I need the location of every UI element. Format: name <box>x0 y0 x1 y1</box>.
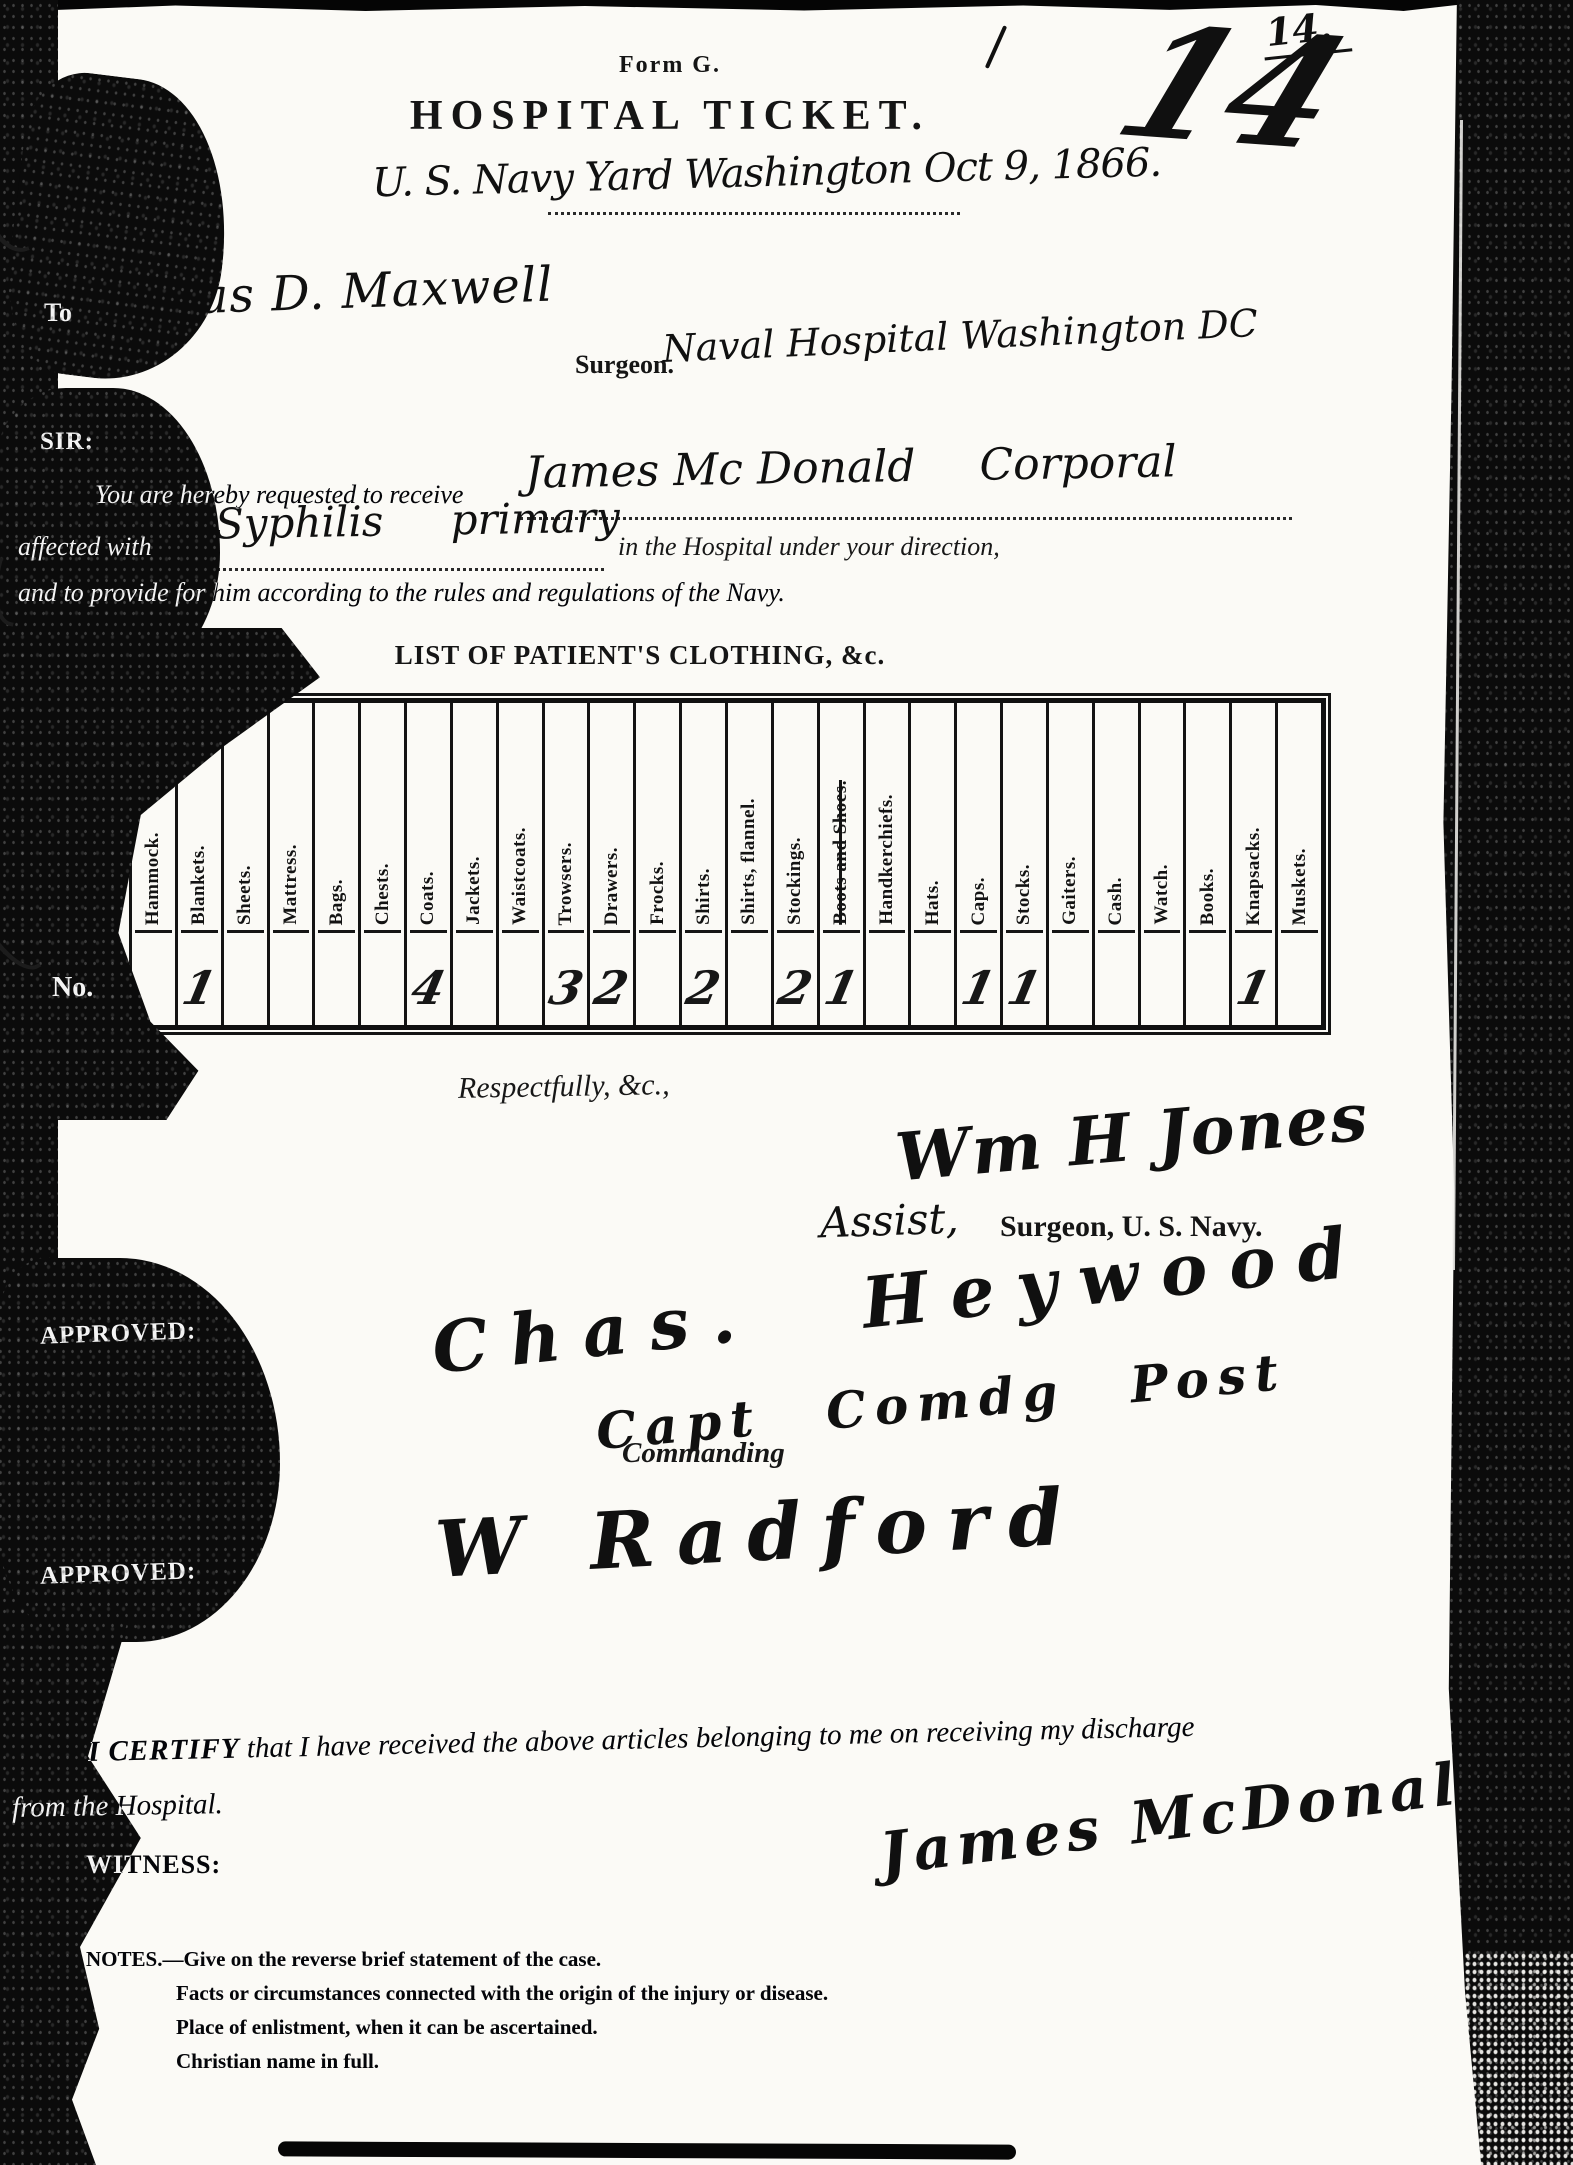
clothing-column-shirts: Shirts.2 <box>682 703 728 1025</box>
column-value-blankets: 1 <box>172 961 226 1015</box>
column-value-shirts: 2 <box>676 961 730 1015</box>
patient-signature: James McDonald <box>876 1744 1511 1888</box>
to-label: To <box>44 298 72 328</box>
notes-item-0: Give on the reverse brief statement of t… <box>183 1947 601 1971</box>
column-label-coats: Coats. <box>417 871 439 925</box>
request-line2-printed: in the Hospital under your direction, <box>618 532 1000 562</box>
clothing-column-waistcoats: Waistcoats. <box>499 703 545 1025</box>
affected-with-label: affected with <box>18 532 152 562</box>
certify-statement: I CERTIFY that I have received the above… <box>88 1711 1195 1769</box>
clothing-column-stocks: Stocks.1 <box>1003 703 1049 1025</box>
clothing-column-gaiters: Gaiters. <box>1049 703 1095 1025</box>
column-value-stocks: 1 <box>997 961 1051 1015</box>
notes-line-2: Facts or circumstances connected with th… <box>176 1976 1086 2010</box>
clothing-column-chests: Chests. <box>361 703 407 1025</box>
column-label-books: Books. <box>1197 868 1219 925</box>
addressee-station: Naval Hospital Washington DC <box>661 301 1258 371</box>
column-label-drawers: Drawers. <box>601 847 623 925</box>
clothing-table: Hammock.Blankets.1Sheets.Mattress.Bags.C… <box>36 698 1326 1030</box>
surgeon-signature: Wm H Jones <box>893 1077 1373 1196</box>
column-label-shirts: Shirts. <box>693 868 715 925</box>
salutation: SIR: <box>40 428 94 456</box>
certify-rest: that I have received the above articles … <box>246 1711 1194 1764</box>
column-label-boots-and-shoes: Boots and Shoes. <box>830 780 852 925</box>
request-line3-printed: and to provide for him according to the … <box>18 578 785 608</box>
notes-line-3: Place of enlistment, when it can be asce… <box>176 2010 1086 2044</box>
clothing-column-trowsers: Trowsers.3 <box>545 703 591 1025</box>
column-value-stockings: 2 <box>768 961 822 1015</box>
clothing-column-coats: Coats.4 <box>407 703 453 1025</box>
column-value-caps: 1 <box>951 961 1005 1015</box>
binding-speckle-corner <box>1408 1952 1573 2165</box>
column-value-coats: 4 <box>401 961 455 1015</box>
clothing-column-drawers: Drawers.2 <box>590 703 636 1025</box>
dotted-rule <box>206 568 604 571</box>
respectfully-line: Respectfully, &c., <box>458 1068 670 1106</box>
column-label-shirts-flannel: Shirts, flannel. <box>738 798 760 925</box>
notes-line-4: Christian name in full. <box>176 2044 1086 2078</box>
column-label-jackets: Jackets. <box>463 856 485 925</box>
column-label-sheets: Sheets. <box>234 865 256 925</box>
page-number: 14 <box>1101 7 1364 171</box>
column-label-blankets: Blankets. <box>188 845 210 925</box>
column-label-chests: Chests. <box>372 863 394 925</box>
patient-rank: Corporal <box>979 436 1177 490</box>
approver2-signature: W Radford <box>433 1471 1085 1596</box>
clothing-column-stockings: Stockings.2 <box>774 703 820 1025</box>
clothing-column-jackets: Jackets. <box>453 703 499 1025</box>
scan-streak-bottom <box>278 2141 1016 2159</box>
column-label-trowsers: Trowsers. <box>555 842 577 925</box>
patient-name: James Mc Donald <box>525 441 916 499</box>
scan-shadow-blob <box>0 1620 160 2165</box>
column-label-gaiters: Gaiters. <box>1059 856 1081 925</box>
notes-label: NOTES.— <box>86 1947 183 1971</box>
clothing-column-hats: Hats. <box>911 703 957 1025</box>
notes-line-1: NOTES.—Give on the reverse brief stateme… <box>86 1942 1086 1976</box>
column-label-cash: Cash. <box>1105 877 1127 925</box>
column-label-mattress: Mattress. <box>280 844 302 925</box>
column-label-handkerchiefs: Handkerchiefs. <box>876 794 898 925</box>
column-label-stockings: Stockings. <box>784 837 806 925</box>
clothing-column-watch: Watch. <box>1141 703 1187 1025</box>
column-label-watch: Watch. <box>1151 864 1173 925</box>
approved-label-2: APPROVED: <box>40 1557 197 1590</box>
column-value-boots-and-shoes: 1 <box>814 961 868 1015</box>
request-line-printed: You are hereby requested to receive <box>95 480 463 510</box>
clothing-column-shirts-flannel: Shirts, flannel. <box>728 703 774 1025</box>
certify-lead: I CERTIFY <box>88 1733 240 1768</box>
commanding-label: Commanding <box>622 1437 785 1470</box>
dotted-rule <box>520 517 1292 520</box>
clothing-list-title: LIST OF PATIENT'S CLOTHING, &c. <box>360 640 920 671</box>
column-value-drawers: 2 <box>585 961 639 1015</box>
surgeon-label: Surgeon. <box>575 350 674 380</box>
column-label-hammock: Hammock. <box>142 832 164 925</box>
clothing-column-cash: Cash. <box>1095 703 1141 1025</box>
column-label-waistcoats: Waistcoats. <box>509 827 531 925</box>
clothing-column-muskets: Muskets. <box>1278 703 1321 1025</box>
column-value-knapsacks: 1 <box>1227 961 1281 1015</box>
column-label-bags: Bags. <box>326 879 348 925</box>
hospital-ticket-document: Form G. HOSPITAL TICKET. U. S. Navy Yard… <box>0 0 1573 2165</box>
handwritten-dateline: U. S. Navy Yard Washington Oct 9, 1866. <box>372 140 1162 207</box>
column-label-stocks: Stocks. <box>1013 864 1035 925</box>
surgeon-rank-handwritten: Assist, <box>819 1194 959 1248</box>
clothing-column-bags: Bags. <box>315 703 361 1025</box>
witness-label: WITNESS: <box>86 1850 221 1880</box>
clothing-column-caps: Caps.1 <box>957 703 1003 1025</box>
patient-name-fill: James Mc DonaldCorporal <box>525 436 1177 498</box>
column-label-hats: Hats. <box>922 880 944 925</box>
clothing-column-books: Books. <box>1186 703 1232 1025</box>
certify-statement-line2: from the Hospital. <box>12 1788 223 1825</box>
column-label-caps: Caps. <box>968 877 990 925</box>
column-label-knapsacks: Knapsacks. <box>1243 827 1265 925</box>
clothing-column-sheets: Sheets. <box>224 703 270 1025</box>
clothing-column-boots-and-shoes: Boots and Shoes.1 <box>820 703 866 1025</box>
dotted-rule <box>548 212 960 215</box>
column-label-muskets: Muskets. <box>1289 848 1311 925</box>
clothing-columns: Hammock.Blankets.1Sheets.Mattress.Bags.C… <box>132 703 1321 1025</box>
clothing-column-knapsacks: Knapsacks.1 <box>1232 703 1278 1025</box>
clothing-column-mattress: Mattress. <box>270 703 316 1025</box>
column-label-frocks: Frocks. <box>647 861 669 925</box>
notes-block: NOTES.—Give on the reverse brief stateme… <box>86 1942 1086 2078</box>
approved-label-1: APPROVED: <box>40 1317 197 1350</box>
table-row-label: No. <box>52 972 93 1004</box>
clothing-column-frocks: Frocks. <box>636 703 682 1025</box>
clothing-column-handkerchiefs: Handkerchiefs. <box>866 703 912 1025</box>
